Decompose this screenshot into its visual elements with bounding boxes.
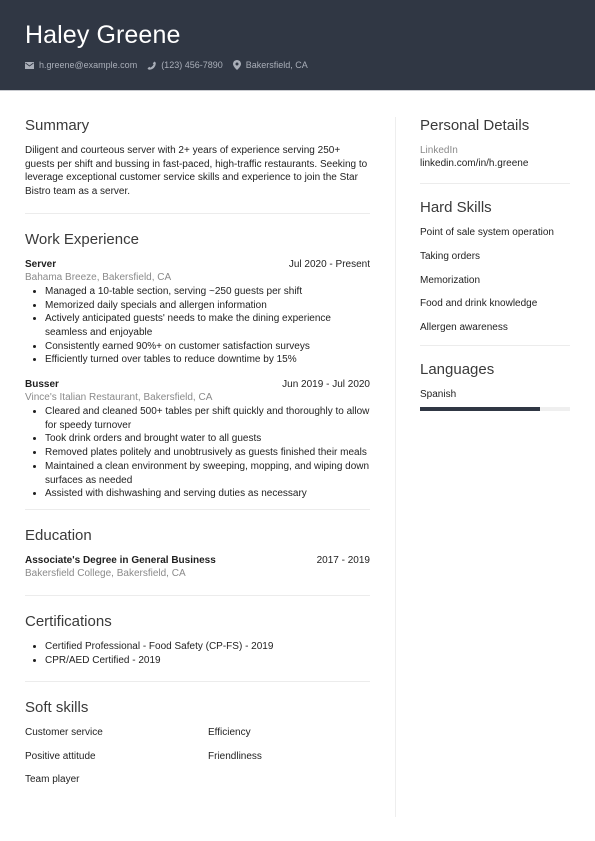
bullet-item: Consistently earned 90%+ on customer sat… xyxy=(45,340,370,354)
soft-skill-item: Efficiency xyxy=(208,726,368,739)
soft-skill-item: Friendliness xyxy=(208,750,368,763)
contact-email: h.greene@example.com xyxy=(25,60,137,70)
certifications-section: Certifications Certified Professional - … xyxy=(25,613,370,667)
school: Bakersfield College, Bakersfield, CA xyxy=(25,567,370,581)
soft-skill-item: Positive attitude xyxy=(25,750,208,763)
language-proficiency-bar xyxy=(420,407,570,411)
hard-skill-item: Food and drink knowledge xyxy=(420,297,570,310)
job-bullets: Cleared and cleaned 500+ tables per shif… xyxy=(25,405,370,501)
job-company: Vince's Italian Restaurant, Bakersfield,… xyxy=(25,391,370,405)
bullet-item: Took drink orders and brought water to a… xyxy=(45,432,370,446)
linkedin-value: linkedin.com/in/h.greene xyxy=(420,157,570,171)
bullet-item: Memorized daily specials and allergen in… xyxy=(45,299,370,313)
contact-location: Bakersfield, CA xyxy=(233,60,308,70)
job-dates: Jun 2019 - Jul 2020 xyxy=(282,378,370,391)
section-title: Summary xyxy=(25,117,370,134)
job-title: Server xyxy=(25,258,56,271)
column-divider xyxy=(395,117,396,817)
phone-text: (123) 456-7890 xyxy=(161,60,223,70)
bullet-item: Managed a 10-table section, serving ~250… xyxy=(45,285,370,299)
job-company: Bahama Breeze, Bakersfield, CA xyxy=(25,271,370,285)
soft-skills-section: Soft skills Customer service Efficiency … xyxy=(25,699,370,786)
summary-section: Summary Diligent and courteous server wi… xyxy=(25,117,370,199)
divider xyxy=(25,595,370,596)
section-title: Soft skills xyxy=(25,699,370,716)
certification-item: Certified Professional - Food Safety (CP… xyxy=(45,640,370,654)
hard-skill-item: Memorization xyxy=(420,274,570,287)
bullet-item: Efficiently turned over tables to reduce… xyxy=(45,353,370,367)
main-column: Summary Diligent and courteous server wi… xyxy=(25,117,370,786)
candidate-name: Haley Greene xyxy=(25,21,180,50)
section-title: Certifications xyxy=(25,613,370,630)
email-text: h.greene@example.com xyxy=(39,60,137,70)
work-experience-section: Work Experience Server Jul 2020 - Presen… xyxy=(25,231,370,501)
location-text: Bakersfield, CA xyxy=(246,60,308,70)
job-entry: Busser Jun 2019 - Jul 2020 Vince's Itali… xyxy=(25,378,370,501)
degree: Associate's Degree in General Business xyxy=(25,554,216,567)
divider xyxy=(25,509,370,510)
job-bullets: Managed a 10-table section, serving ~250… xyxy=(25,285,370,367)
contact-phone: (123) 456-7890 xyxy=(147,60,223,70)
certifications-list: Certified Professional - Food Safety (CP… xyxy=(25,640,370,667)
section-title: Work Experience xyxy=(25,231,370,248)
divider xyxy=(25,213,370,214)
soft-skill-item: Customer service xyxy=(25,726,208,739)
map-pin-icon xyxy=(233,60,241,70)
bullet-item: Actively anticipated guests' needs to ma… xyxy=(45,312,370,339)
divider xyxy=(25,681,370,682)
job-title: Busser xyxy=(25,378,59,391)
language-proficiency-fill xyxy=(420,407,540,411)
sidebar-column: Personal Details LinkedIn linkedin.com/i… xyxy=(420,117,570,411)
hard-skill-item: Taking orders xyxy=(420,250,570,263)
divider xyxy=(420,345,570,346)
bullet-item: Assisted with dishwashing and serving du… xyxy=(45,487,370,501)
certification-item: CPR/AED Certified - 2019 xyxy=(45,654,370,668)
education-section: Education Associate's Degree in General … xyxy=(25,527,370,581)
soft-skill-item: Team player xyxy=(25,773,208,786)
languages-section: Languages Spanish xyxy=(420,361,570,411)
resume-header: Haley Greene h.greene@example.com (123) … xyxy=(0,0,595,91)
education-dates: 2017 - 2019 xyxy=(317,554,370,567)
hard-skill-item: Point of sale system operation xyxy=(420,226,570,239)
envelope-icon xyxy=(25,62,34,69)
bullet-item: Removed plates politely and unobtrusivel… xyxy=(45,446,370,460)
section-title: Languages xyxy=(420,361,570,378)
bullet-item: Cleared and cleaned 500+ tables per shif… xyxy=(45,405,370,432)
section-title: Hard Skills xyxy=(420,199,570,216)
language-name: Spanish xyxy=(420,388,570,401)
job-entry: Server Jul 2020 - Present Bahama Breeze,… xyxy=(25,258,370,367)
summary-text: Diligent and courteous server with 2+ ye… xyxy=(25,144,370,199)
hard-skills-section: Hard Skills Point of sale system operati… xyxy=(420,199,570,334)
section-title: Education xyxy=(25,527,370,544)
phone-icon xyxy=(147,61,156,70)
bullet-item: Maintained a clean environment by sweepi… xyxy=(45,460,370,487)
personal-details-section: Personal Details LinkedIn linkedin.com/i… xyxy=(420,117,570,171)
divider xyxy=(420,183,570,184)
soft-skills-grid: Customer service Efficiency Positive att… xyxy=(25,726,370,786)
linkedin-label: LinkedIn xyxy=(420,144,570,157)
contact-info: h.greene@example.com (123) 456-7890 Bake… xyxy=(25,60,318,70)
hard-skill-item: Allergen awareness xyxy=(420,321,570,334)
job-dates: Jul 2020 - Present xyxy=(289,258,370,271)
section-title: Personal Details xyxy=(420,117,570,134)
